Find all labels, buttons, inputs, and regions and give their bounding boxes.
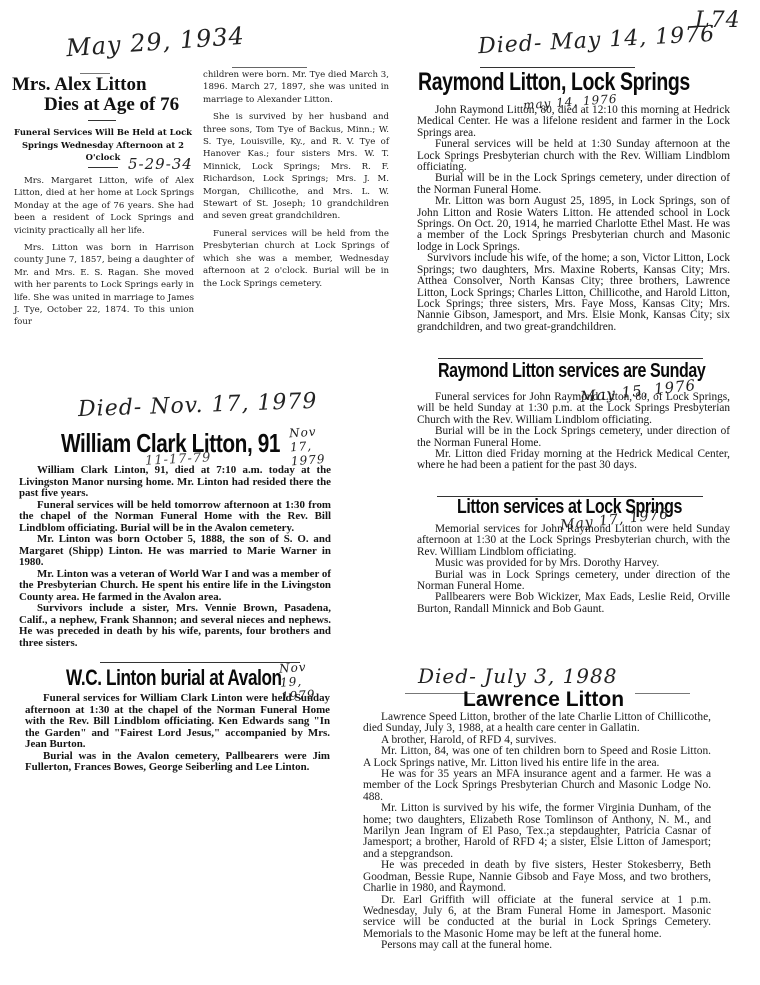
burial-body: Funeral services for William Clark Linto… [25, 693, 330, 774]
handwritten-date: May 29, 1934 [65, 22, 245, 62]
paragraph: Mrs. Litton was born in Harrison county … [14, 242, 194, 329]
paragraph: Dr. Earl Griffith will officiate at the … [363, 895, 711, 941]
lawrence-body: Lawrence Speed Litton, brother of the la… [363, 712, 711, 952]
headline: Lawrence Litton [463, 688, 624, 712]
paragraph: Mr. Linton was a veteran of World War I … [19, 569, 331, 604]
paragraph: Funeral services will be held at 1:30 Su… [417, 139, 730, 173]
paragraph: Burial will be in the Lock Springs cemet… [417, 426, 730, 449]
paragraph: Mr. Litton died Friday morning at the He… [417, 449, 730, 472]
headline: Raymond Litton, Lock Springs [418, 68, 690, 97]
paragraph: John Raymond Litton, 80, died at 12:10 t… [417, 105, 730, 139]
column-1: Mrs. Margaret Litton, wife of Alex Litto… [14, 175, 194, 334]
paragraph: He was preceded in death by five sisters… [363, 860, 711, 894]
paragraph: Funeral services for John Raymond Litton… [417, 392, 730, 426]
column-2: children were born. Mr. Tye died March 3… [203, 69, 389, 295]
paragraph: Lawrence Speed Litton, brother of the la… [363, 712, 711, 735]
paragraph: She is survived by her husband and three… [203, 111, 389, 223]
handwritten-side-date: Nov 17, 1979 [289, 424, 332, 469]
obituary-body: William Clark Linton, 91, died at 7:10 a… [19, 465, 331, 649]
paragraph: Burial was in Lock Springs cemetery, und… [417, 570, 730, 593]
services-body: Funeral services for John Raymond Litton… [417, 392, 730, 472]
paragraph: Funeral services will be held tomorrow a… [19, 500, 331, 535]
paragraph: Mr. Litton, 84, was one of ten children … [363, 746, 711, 769]
paragraph: Funeral services will be held from the P… [203, 228, 389, 290]
paragraph: Pallbearers were Bob Wickizer, Max Eads,… [417, 592, 730, 615]
paragraph: He was for 35 years an MFA insurance age… [363, 769, 711, 803]
paragraph: children were born. Mr. Tye died March 3… [203, 69, 389, 106]
paragraph: Funeral services for William Clark Linto… [25, 693, 330, 751]
paragraph: Survivors include his wife, of the home;… [417, 253, 730, 333]
paragraph: Persons may call at the funeral home. [363, 940, 711, 951]
headline-line2: Dies at Age of 76 [44, 94, 204, 115]
handwritten-date: Died- Nov. 17, 1979 [78, 389, 318, 422]
paragraph: Mr. Litton was born August 25, 1895, in … [417, 196, 730, 253]
paragraph: Survivors include a sister, Mrs. Vennie … [19, 603, 331, 649]
paragraph: Burial will be in the Lock Springs cemet… [417, 173, 730, 196]
handwritten-date: Died- May 14, 1976 [478, 22, 716, 59]
handwritten-date: Died- July 3, 1988 [418, 664, 617, 688]
paragraph: Mr. Linton was born October 5, 1888, the… [19, 534, 331, 569]
paragraph: Music was provided for by Mrs. Dorothy H… [417, 558, 730, 569]
handwritten-short-date: 5-29-34 [128, 155, 193, 173]
paragraph: William Clark Linton, 91, died at 7:10 a… [19, 465, 331, 500]
headline: W.C. Linton burial at Avalon [66, 665, 282, 691]
paragraph: Mr. Litton is survived by his wife, the … [363, 803, 711, 860]
paragraph: Memorial services for John Raymond Litto… [417, 524, 730, 558]
headline-line1: Mrs. Alex Litton [12, 74, 192, 95]
paragraph: Mrs. Margaret Litton, wife of Alex Litto… [14, 175, 194, 237]
obituary-body: John Raymond Litton, 80, died at 12:10 t… [417, 105, 730, 333]
paragraph: Burial was in the Avalon cemetery, Pallb… [25, 751, 330, 774]
memorial-body: Memorial services for John Raymond Litto… [417, 524, 730, 615]
